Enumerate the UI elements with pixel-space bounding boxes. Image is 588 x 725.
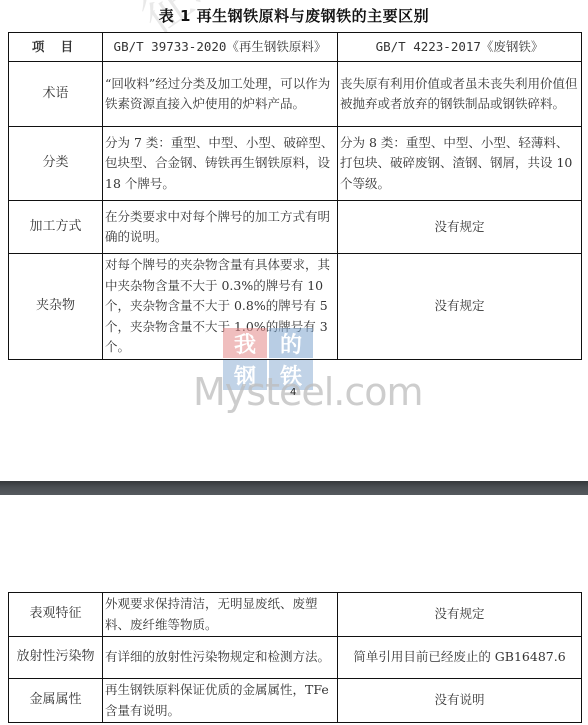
row-item: 金属属性 (9, 679, 103, 723)
table-header-row: 项 目 GB/T 39733-2020《再生钢铁原料》 GB/T 4223-20… (9, 33, 582, 62)
logo-cell: 的 (269, 328, 313, 358)
table-row: 放射性污染物 有详细的放射性污染物规定和检测方法。 简单引用目前已经废止的 GB… (9, 637, 582, 679)
row-item: 表观特征 (9, 593, 103, 637)
row-item: 术语 (9, 62, 103, 127)
page-number: 4 (290, 387, 296, 398)
row-item: 放射性污染物 (9, 637, 103, 679)
table-title: 表 1 再生钢铁原料与废钢铁的主要区别 (0, 5, 588, 26)
header-gbt39733: GB/T 39733-2020《再生钢铁原料》 (103, 33, 338, 62)
row-gbt4223: 没有规定 (338, 254, 582, 360)
table-row: 术语 “回收料”经过分类及加工处理，可以作为铁素资源直接入炉使用的炉料产品。 丧… (9, 62, 582, 127)
row-gbt4223: 没有说明 (338, 679, 582, 723)
row-gbt4223: 分为 8 类：重型、中型、小型、轻薄料、打包块、破碎废钢、渣钢、钢屑，共设 10… (338, 127, 582, 201)
comparison-table-continued: 表观特征 外观要求保持清洁，无明显废纸、废塑料、废纤维等物质。 没有规定 放射性… (8, 592, 582, 723)
row-gbt39733: 有详细的放射性污染物规定和检测方法。 (103, 637, 338, 679)
logo-cell: 我 (223, 328, 267, 358)
document-page-1: 征求 表 1 再生钢铁原料与废钢铁的主要区别 项 目 GB/T 39733-20… (0, 0, 588, 481)
row-gbt4223: 丧失原有利用价值或者虽未丧失利用价值但被抛弃或者放弃的钢铁制品或钢铁碎料。 (338, 62, 582, 127)
row-gbt4223: 没有规定 (338, 593, 582, 637)
mysteel-site-watermark: Mysteel.com (193, 370, 423, 414)
header-gbt4223: GB/T 4223-2017《废钢铁》 (338, 33, 582, 62)
row-gbt39733: “回收料”经过分类及加工处理，可以作为铁素资源直接入炉使用的炉料产品。 (103, 62, 338, 127)
row-gbt39733: 再生钢铁原料保证优质的金属属性，TFe 含量有说明。 (103, 679, 338, 723)
row-gbt39733: 分为 7 类：重型、中型、小型、破碎型、包块型、合金钢、铸铁再生钢铁原料，设 1… (103, 127, 338, 201)
table-row: 金属属性 再生钢铁原料保证优质的金属属性，TFe 含量有说明。 没有说明 (9, 679, 582, 723)
table-row: 表观特征 外观要求保持清洁，无明显废纸、废塑料、废纤维等物质。 没有规定 (9, 593, 582, 637)
document-page-2: 表观特征 外观要求保持清洁，无明显废纸、废塑料、废纤维等物质。 没有规定 放射性… (0, 495, 588, 725)
row-gbt4223: 没有规定 (338, 201, 582, 254)
table-row: 分类 分为 7 类：重型、中型、小型、破碎型、包块型、合金钢、铸铁再生钢铁原料，… (9, 127, 582, 201)
row-gbt39733: 外观要求保持清洁，无明显废纸、废塑料、废纤维等物质。 (103, 593, 338, 637)
row-item: 分类 (9, 127, 103, 201)
row-item: 加工方式 (9, 201, 103, 254)
header-item: 项 目 (9, 33, 103, 62)
table-row: 加工方式 在分类要求中对每个牌号的加工方式有明确的说明。 没有规定 (9, 201, 582, 254)
page-separator (0, 481, 588, 495)
row-item: 夹杂物 (9, 254, 103, 360)
comparison-table: 项 目 GB/T 39733-2020《再生钢铁原料》 GB/T 4223-20… (8, 32, 582, 360)
row-gbt4223: 简单引用目前已经废止的 GB16487.6 (338, 637, 582, 679)
row-gbt39733: 在分类要求中对每个牌号的加工方式有明确的说明。 (103, 201, 338, 254)
